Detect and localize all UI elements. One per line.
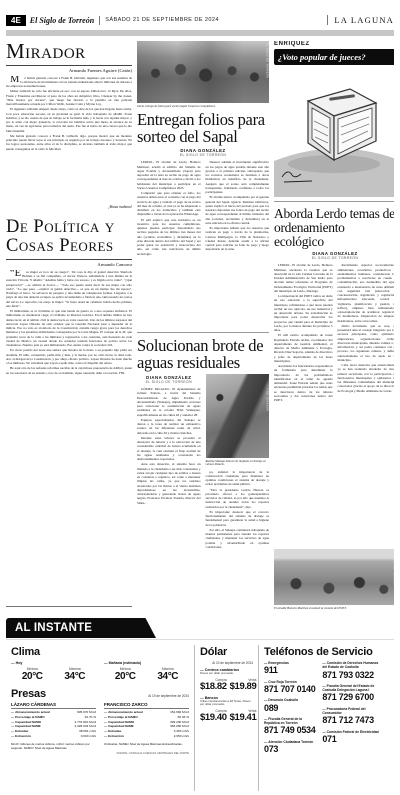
tel-number: 871 729 6700: [322, 692, 381, 702]
telefonos-title: Teléfonos de Servicio: [264, 646, 381, 658]
masthead: El Siglo de Torreón: [30, 16, 100, 25]
temp-cell: Máxima 34°C: [54, 667, 97, 682]
presas-header: Presas Al 19 de septiembre de 2024: [11, 688, 189, 700]
page-number-badge: 4E: [6, 15, 26, 26]
edition-date: SÁBADO 21 DE SEPTIEMBRE DE 2024: [105, 17, 219, 23]
aguas-body: DIANA GONZÁLEZ EL SIGLO DE TORREÓN GÓMEZ…: [137, 374, 269, 606]
tel-entry: Fiscalía General de la República en Torr…: [264, 717, 316, 736]
price-cell: Venta $19.89: [230, 678, 257, 693]
tel-label: Comisión de Derechos Humanos del Estado …: [322, 661, 381, 670]
aguas-text-left: GÓMEZ PALACIO.- El Ayuntamiento de Gómez…: [137, 387, 201, 505]
price-value: $18.82: [200, 682, 227, 693]
dam-row: Extracción2.950 m3/s: [104, 734, 189, 739]
quote-values: Compra $19.40 Venta $19.41: [200, 709, 253, 724]
body-paragraph: “Esa mujer es loca de su cuerpo”. Tal co…: [6, 270, 132, 308]
cartoon-frame: [274, 65, 394, 197]
quote-values: Compra $18.82 Venta $19.89: [200, 678, 253, 693]
lerdo-byline: DIANA GONZÁLEZ EL SIGLO DE TORREÓN: [274, 251, 394, 260]
drain-photo: EL SIGLO DE TORREÓN: [206, 374, 270, 458]
presas-note: Mm3= millones de metros cúbicos. m3/s= m…: [11, 742, 96, 750]
temp-cell: Máxima 34°C: [147, 667, 190, 682]
section-rule: [137, 332, 269, 333]
photo-credit: EL SIGLO DE TORREÓN: [266, 376, 269, 411]
tel-number: 871 793 0322: [322, 670, 381, 680]
body-paragraph: La importancia del POET radica en darle …: [274, 294, 333, 332]
mirador-closing: ¡Hasta mañana!: [6, 205, 132, 209]
tel-label: Procuraduría Federal del Consumidor: [322, 707, 381, 716]
body-paragraph: Cabe hacer mención que anteriormente ya …: [338, 363, 395, 393]
body-paragraph: Reclamando aspectos socioculturales, amb…: [338, 263, 395, 323]
politica-title: De Política y Cosas Peores: [6, 218, 132, 257]
al-instante-banner: AL INSTANTE: [6, 618, 394, 638]
dam-row-label: Extracción: [11, 734, 31, 739]
meeting-photo: EL SIGLO DE TORREÓN: [274, 549, 394, 605]
tel-entry: Comisión de Derechos Humanos del Estado …: [322, 661, 381, 680]
dam-row-value: 2.950 m3/s: [174, 734, 189, 739]
clima-presas-section: Clima Hoy Mínima 20°C Máxima 34°C: [6, 645, 194, 791]
presas-notes: Mm3= millones de metros cúbicos. m3/s= m…: [11, 742, 189, 750]
tel-entry: Comisión Federal de Electricidad071: [322, 730, 381, 745]
aguas-column-left: DIANA GONZÁLEZ EL SIGLO DE TORREÓN GÓMEZ…: [137, 374, 201, 606]
temp-value: 20°C: [11, 671, 54, 682]
dolar-title: Dólar: [200, 646, 253, 658]
price-cell: Compra $18.82: [200, 678, 227, 693]
cartoon-title: ¿Voto popular de jueces?: [274, 49, 394, 65]
tel-entry: Procuraduría Federal del Consumidor871 7…: [322, 707, 381, 726]
aguas-byline: DIANA GONZÁLEZ EL SIGLO DE TORREÓN: [137, 375, 201, 384]
left-column: Mirador Armando Fuentes Aguirre (Catón) …: [6, 41, 132, 613]
aguas-headline: Solucionan brote de aguas residuales: [137, 338, 269, 372]
telefonos-col-right: Comisión de Derechos Humanos del Estado …: [322, 661, 381, 758]
dam-row-value: 0.000 m3/s: [81, 734, 96, 739]
body-paragraph: El ingeniero Gilbreth empezó desde abajo…: [6, 107, 132, 133]
tel-label: Fiscalía General de la República en Torr…: [264, 717, 316, 726]
gray-divider: [6, 30, 394, 36]
tel-label: Fiscalía General del Estado de Coahuila …: [322, 684, 381, 693]
body-paragraph: GÓMEZ PALACIO.- El Ayuntamiento de Gómez…: [137, 387, 201, 417]
price-value: $19.89: [230, 682, 257, 693]
tel-number: 871 707 0140: [264, 684, 316, 694]
temp-value: 34°C: [147, 671, 190, 682]
presas-title: Presas: [11, 688, 46, 700]
tel-number: 073: [264, 744, 316, 754]
dolar-date: Al 20 de septiembre de 2024: [200, 661, 253, 665]
lerdo-photo-block: EL SIGLO DE TORREÓN El alcalde Homero Ma…: [274, 549, 394, 613]
telefonos-list: Emergencias911 Cruz Roja Torreón871 707 …: [264, 661, 381, 758]
quote-note: Cifras interbancarias a 48 horas. Pesos …: [200, 700, 253, 708]
body-paragraph: Equipos especializados del Sideapa se di…: [137, 418, 201, 435]
sapal-body: LERDO.- El alcalde de Lerdo, Homero Mart…: [137, 160, 269, 328]
body-paragraph: Compartió que para obtener el folio, los…: [137, 191, 201, 217]
byline-agency: EL SIGLO DE TORREÓN: [137, 380, 201, 384]
tel-entry: Emergencias911: [264, 661, 316, 676]
body-paragraph: Dicho documento que se cree, se presenta…: [338, 324, 395, 362]
body-paragraph: Ante esta situación, el sistema hace un …: [137, 462, 201, 505]
lerdo-body: LERDO.- El alcalde de Lerdo, Homero Mart…: [274, 263, 394, 507]
body-paragraph: “Para la presidenta Leticia Herrera es p…: [206, 488, 270, 509]
ballot-box-cartoon: [274, 65, 394, 197]
temp-cell: Mínima 20°C: [11, 667, 54, 682]
price-cell: Compra $19.40: [200, 709, 227, 724]
quote-block: Centros cambiarios Pesos por dólar prome…: [200, 668, 253, 693]
temp-cell: Mínima 20°C: [104, 667, 147, 682]
temp-group: Mínima 20°C Máxima 34°C: [104, 667, 189, 682]
photo-credit: EL SIGLO DE TORREÓN: [393, 551, 395, 586]
price-value: $19.40: [200, 713, 227, 724]
body-paragraph: Es importante señalar que los usuarios q…: [206, 226, 270, 252]
dam-row: Extracción0.000 m3/s: [11, 734, 96, 739]
temp-value: 20°C: [104, 671, 147, 682]
body-paragraph: Destacó además el incremento significati…: [206, 160, 270, 194]
telefonos-section: Teléfonos de Servicio Emergencias911 Cru…: [258, 645, 386, 791]
tel-number: 911: [264, 665, 316, 675]
dam-tables: LÁZARO CÁRDENAS Almacenamiento actual905…: [11, 702, 189, 739]
photo-caption: Inicia entrega de folios para sorteo Sap…: [137, 105, 269, 109]
tel-entry: Denuncia Coahuila089: [264, 698, 316, 713]
body-paragraph: Míster Gilbreth no sólo fue eficiente en…: [6, 89, 132, 106]
body-paragraph: Así mismo los funcionarios respondieron …: [274, 364, 333, 402]
photo-caption: El alcalde Homero Martínez encabezó la r…: [274, 607, 394, 611]
info-strip: Clima Hoy Mínima 20°C Máxima 34°C: [6, 645, 394, 791]
header-bar: 4E El Siglo de Torreón SÁBADO 21 DE SEPT…: [6, 14, 394, 26]
section-label: LA LAGUNA: [327, 15, 394, 25]
body-paragraph: LERDO.- El alcalde de Lerdo, Homero Mart…: [137, 160, 201, 190]
politica-byline: Armando Camorra: [6, 259, 132, 267]
lerdo-headline: Aborda Lerdo temas de ordenamiento ecoló…: [274, 207, 394, 248]
body-paragraph: pa, enfatizó la importancia de la colabo…: [206, 470, 270, 487]
tel-number: 089: [264, 703, 316, 713]
quote-block: Bancos Cifras interbancarias a 48 horas.…: [200, 696, 253, 724]
body-paragraph: Por ello, el Sideapa continuará trabajan…: [206, 528, 270, 549]
byline-agency: EL SIGLO DE TORREÓN: [274, 256, 394, 260]
dolar-section: Dólar Al 20 de septiembre de 2024 Centro…: [194, 645, 258, 791]
tel-entry: Cruz Roja Torreón871 707 0140: [264, 680, 316, 695]
day-label: Mañana (estimado): [104, 661, 189, 665]
sapal-photo: EL SIGLO DE TORREÓN: [137, 41, 269, 103]
mirador-title: Mirador: [6, 41, 132, 62]
dam-name: LÁZARO CÁRDENAS: [11, 702, 96, 709]
section-rule: [6, 606, 132, 607]
mirador-byline: Armando Fuentes Aguirre (Catón): [6, 65, 132, 73]
tel-number: 071: [322, 734, 381, 744]
dam-table: LÁZARO CÁRDENAS Almacenamiento actual905…: [11, 702, 96, 739]
temp-value: 34°C: [54, 671, 97, 682]
middle-column: EL SIGLO DE TORREÓN Inicia entrega de fo…: [137, 41, 269, 613]
dam-row-label: Extracción: [104, 734, 124, 739]
clima-day: Mañana (estimado) Mínima 20°C Máxima 34°…: [104, 661, 189, 682]
clima-days: Hoy Mínima 20°C Máxima 34°C Mañana (esti…: [11, 661, 189, 682]
presas-date: Al 19 de septiembre de 2024: [148, 694, 189, 698]
mirador-body: Me habría gustado conocer a Frank B. Gil…: [6, 76, 132, 204]
aguas-text-right: pa, enfatizó la importancia de la colabo…: [206, 470, 270, 550]
dam-table: FRANCISCO ZARCO Almacenamiento actual154…: [104, 702, 189, 739]
body-paragraph: En cierto pueblo del norte una señora qu…: [6, 348, 132, 365]
clima-title: Clima: [11, 646, 189, 658]
presas-source: FUENTE: CONAGUA CUENCAS CENTRALES DEL NO…: [11, 752, 189, 755]
body-paragraph: Me habría gustado conocer a Frank B. Gil…: [6, 76, 132, 89]
body-paragraph: Me habría gustado conocer a Frank B. Gil…: [6, 134, 132, 151]
byline-agency: EL SIGLO DE TORREÓN: [137, 153, 269, 157]
presas-note: Ordinarias. NAME= Nivel de Aguas Máximas…: [104, 742, 189, 750]
photo-caption: Realiza Sideapa labores de limpieza en d…: [206, 460, 270, 468]
clima-day: Hoy Mínima 20°C Máxima 34°C: [11, 661, 96, 682]
quote-note: Pesos por dólar promedio.: [200, 672, 253, 676]
photo-credit: EL SIGLO DE TORREÓN: [266, 43, 269, 78]
main-content: Mirador Armando Fuentes Aguirre (Catón) …: [6, 41, 394, 613]
body-paragraph: LERDO.- El alcalde de Lerdo, Homero Mart…: [274, 263, 333, 293]
temp-group: Mínima 20°C Máxima 34°C: [11, 667, 96, 682]
tel-entry: Fiscalía General del Estado de Coahuila …: [322, 684, 381, 703]
sapal-headline: Entregan folios para sorteo del Sapal: [137, 112, 269, 146]
section-rule: [274, 201, 394, 202]
banner-label: AL INSTANTE: [6, 618, 156, 638]
aguas-column-right: EL SIGLO DE TORREÓN Realiza Sideapa labo…: [206, 374, 270, 606]
tel-number: 871 712 7473: [322, 715, 381, 725]
body-paragraph: Es importante destacar que el correcto f…: [206, 510, 270, 527]
telefonos-col-left: Emergencias911 Cruz Roja Torreón871 707 …: [264, 661, 316, 758]
body-paragraph: Durante estas labores se procedió al des…: [137, 436, 201, 462]
tel-entry: Atención Ciudadana Torreón073: [264, 740, 316, 755]
tel-number: 871 749 0534: [264, 725, 316, 735]
newspaper-page: 4E El Siglo de Torreón SÁBADO 21 DE SEPT…: [0, 0, 400, 795]
body-paragraph: El edil estuvo acompañado de Josué Raymu…: [274, 333, 333, 363]
dam-name: FRANCISCO ZARCO: [104, 702, 189, 709]
day-label: Hoy: [11, 661, 96, 665]
price-value: $19.41: [230, 713, 257, 724]
body-paragraph: El militarismo es al civilismo lo que un…: [6, 309, 132, 347]
politica-body: “Esa mujer es loca de su cuerpo”. Tal co…: [6, 270, 132, 603]
body-paragraph: El edil explicó que esta iniciativa es u…: [137, 218, 201, 256]
body-paragraph: He aquí otra de las nefastas reformas na…: [6, 366, 132, 375]
body-paragraph: El alcalde estuvo acompañado por el gere…: [206, 195, 270, 225]
cartoon-author: ENRÍQUEZ: [274, 41, 394, 47]
sapal-byline: DIANA GONZÁLEZ EL SIGLO DE TORREÓN: [137, 148, 269, 157]
right-column: ENRÍQUEZ ¿Voto popular de jueces?: [274, 41, 394, 613]
price-cell: Venta $19.41: [230, 709, 257, 724]
